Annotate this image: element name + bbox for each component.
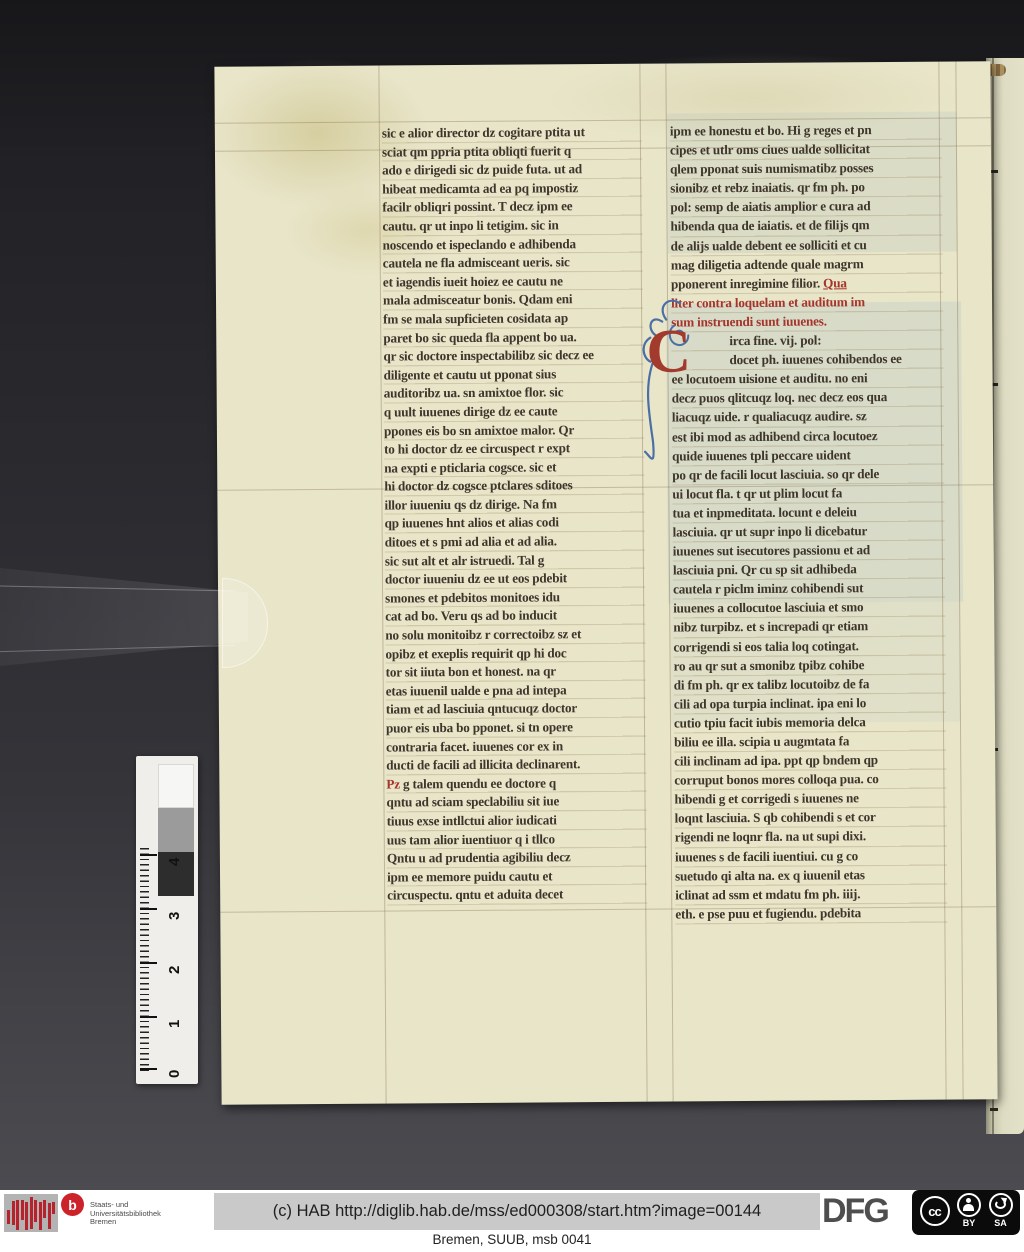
manuscript-text-line: cutio tpiu facit iubis memoria delca [674, 713, 946, 734]
manuscript-text-line: q uult iuuenes dirige dz ee caute [384, 402, 644, 422]
sa-label: SA [994, 1219, 1007, 1228]
cc-by-group: BY [957, 1193, 981, 1228]
manuscript-text-line: ditoes et s pmi ad alia et ad alia. [385, 532, 645, 552]
manuscript-text-line: cipes et utlr oms ciues ualde sollicitat [670, 140, 942, 161]
manuscript-text-line: liter contra loquelam et auditum im [671, 292, 943, 313]
ruler-major-tick [140, 1016, 157, 1018]
manuscript-text-line: docet ph. iuuenes cohibendos ee [671, 350, 943, 371]
ruler-number: 2 [166, 958, 182, 974]
manuscript-page: sic e alior director dz cogitare ptita u… [214, 61, 997, 1104]
manuscript-text-line: pol: semp de aiatis amplior e cura ad [670, 197, 942, 218]
manuscript-text-line: tiuus exse intllctui alior iudicati [387, 811, 647, 831]
manuscript-text-line: hibenda qua de iaiatis. et de filijs qm [670, 216, 942, 237]
ruler-number: 3 [166, 904, 182, 920]
manuscript-text-line: Qntu u ad prudentia agibiliu decz [387, 848, 647, 868]
manuscript-text-line: na expti e pticlaria cogsce. sic et [384, 457, 644, 477]
manuscript-text-line: po qr de facili locut lasciuia. so qr de… [672, 464, 944, 485]
manuscript-text-line: cautela r piclm iminz cohibendi sut [673, 579, 945, 600]
manuscript-text-line: ado e dirigedi sic dz puide futa. ut ad [382, 160, 642, 180]
ruler-minor-ticks [140, 848, 149, 1072]
manuscript-text-line: etas iuuenil ualde e pna ad intepa [386, 681, 646, 701]
digitized-manuscript-viewer: { "colors":{"ink":"#3e352b","rubric_red"… [0, 0, 1024, 1252]
grayscale-ruler: Gray Scale 4 3 2 1 0 [136, 756, 198, 1084]
manuscript-text-line: mag diligetia adtende quale magrm [671, 254, 943, 275]
cc-sa-group: SA [989, 1193, 1013, 1228]
bremen-b-logo-icon: b [61, 1193, 84, 1216]
library-name: Staats- und Universitätsbibliothek Breme… [90, 1201, 161, 1227]
manuscript-text-line: ppones eis bo sn amixtoe malor. Qr [384, 420, 644, 440]
text-column-left: sic e alior director dz cogitare ptita u… [382, 123, 647, 906]
manuscript-text-line: to hi doctor dz ee circuspect r expt [384, 439, 644, 459]
grayscale-patches [158, 764, 194, 896]
manuscript-text-line: noscendo et ispeclando e adhibenda [383, 234, 643, 254]
manuscript-text-line: sic e alior director dz cogitare ptita u… [382, 123, 642, 143]
manuscript-text-line: fm se mala supficieten cosidata ap [383, 309, 643, 329]
manuscript-text-line: uus tam alior iuentiuor q i tllco [387, 829, 647, 849]
library-name-line: Bremen [90, 1218, 161, 1227]
manuscript-text-line: circuspectu. qntu et aduita decet [387, 885, 647, 905]
by-label: BY [963, 1219, 976, 1228]
ruler-major-tick [140, 962, 157, 964]
manuscript-text-line: tiam et ad lasciuia qntucuqz doctor [386, 699, 646, 719]
manuscript-text-line: pponerent inregimine filior. Qua [671, 273, 943, 294]
manuscript-text-line: di fm ph. qr ex talibz locutoibz de fa [674, 674, 946, 695]
cc-icon: cc [920, 1196, 950, 1226]
manuscript-text-line: est ibi mod as adhibend circa locutoez [672, 426, 944, 447]
manuscript-text-line: cili ad opa turpia inclinat. ipa eni lo [674, 693, 946, 714]
sa-arrow-icon [989, 1193, 1013, 1217]
dfg-logo: DFG [822, 1191, 910, 1231]
manuscript-text-line: quide iuuenes tpli peccare uident [672, 445, 944, 466]
manuscript-text-line: contraria facet. iuuenes cor ex in [386, 736, 646, 756]
manuscript-text-line: iuuenes s de facili iuentiui. cu g co [675, 846, 947, 867]
shelfmark-text: Bremen, SUUB, msb 0041 [0, 1232, 1024, 1247]
manuscript-text-line: ipm ee memore puidu cautu et [387, 866, 647, 886]
manuscript-text-line: lasciuia. qr ut supr inpo li dicebatur [673, 522, 945, 543]
manuscript-text-line: suetudo qi alta na. ex q iuuenil etas [675, 865, 947, 886]
photograph-background: sic e alior director dz cogitare ptita u… [0, 0, 1024, 1190]
page-holder-strap [0, 566, 248, 668]
manuscript-text-line: cat ad bo. Veru qs ad bo inducit [385, 606, 645, 626]
ruler-number: 4 [166, 850, 182, 866]
manuscript-text-line: cautela ne fla admisceant ueris. sic [383, 253, 643, 273]
manuscript-text-line: iuuenes a collocutoe lasciuia et smo [673, 598, 945, 619]
manuscript-text-line: doctor iuueniu dz ee ut eos pdebit [385, 569, 645, 589]
manuscript-text-line: ipm ee honestu et bo. Hi g reges et pn [670, 121, 942, 142]
ruler-major-tick [140, 908, 157, 910]
leaf-edge-mark [990, 170, 998, 173]
manuscript-text-line: decz puos qlitcuqz loq. nec decz eos qua [672, 388, 944, 409]
manuscript-text-line: nibz turpibz. et s increpadi qr etiam [673, 617, 945, 638]
manuscript-text-line: tor sit iiuta bon et honest. na qr [386, 662, 646, 682]
manuscript-text-line: mala admisceatur bonis. Qdam eni [383, 290, 643, 310]
manuscript-text-line: corrigendi si eos talia loq cotingat. [673, 636, 945, 657]
manuscript-text-line: lasciuia pni. Qr cu sp sit adhibeda [673, 560, 945, 581]
manuscript-text-line: diligente et cautu ut pponat sius [383, 364, 643, 384]
manuscript-text-line: facilr obliqri possint. T decz ipm ee [382, 197, 642, 217]
manuscript-text-line: auditoribz ua. sn amixtoe flor. sic [384, 383, 644, 403]
manuscript-text-line: iclinat ad ssm et mdatu fm ph. iiij. [675, 884, 947, 905]
manuscript-text-line: ducti de facili ad illicita declinarent. [386, 755, 646, 775]
copyright-url-text: (c) HAB http://diglib.hab.de/mss/ed00030… [273, 1202, 761, 1221]
manuscript-text-line: loqnt lasciuia. S qb cohibendi s et cor [675, 808, 947, 829]
manuscript-text-line: cautu. qr ut inpo li tetigim. sic in [382, 216, 642, 236]
ruler-major-tick [140, 854, 157, 856]
copyright-band: (c) HAB http://diglib.hab.de/mss/ed00030… [214, 1193, 820, 1230]
manuscript-text-line: qlem pponat suis numismatibz posses [670, 159, 942, 180]
manuscript-text-line: smones et pdebitos monitoes idu [385, 588, 645, 608]
manuscript-text-line: opibz et exeplis requirit qp hi doc [385, 643, 645, 663]
manuscript-text-line: et iagendis iueit hoiez ee cautu ne [383, 271, 643, 291]
manuscript-text-line: sic sut alt et alr istruedi. Tal g [385, 550, 645, 570]
manuscript-text-line: ui locut fla. t qr ut plim locut fa [672, 483, 944, 504]
manuscript-text-line: hibeat medicamta ad ea pq impostiz [382, 179, 642, 199]
manuscript-text-line: paret bo sic queda fla appent bo ua. [383, 327, 643, 347]
ruler-major-tick [140, 1068, 157, 1070]
footer-bar: b Staats- und Universitätsbibliothek Bre… [0, 1190, 1024, 1252]
manuscript-text-line: biliu ee illa. scipia u augmtata fa [674, 732, 946, 753]
gray-patch-mid [158, 808, 194, 852]
manuscript-text-line: corruput bonos mores colloqa pua. co [674, 770, 946, 791]
initial-letter-glyph: C [646, 317, 691, 385]
decorated-initial: C [636, 291, 712, 582]
manuscript-text-line: ee locutoem uisione et auditu. no eni [672, 369, 944, 390]
manuscript-text-line: puor eis uba bo pponet. si tn opere [386, 718, 646, 738]
by-person-icon [957, 1193, 981, 1217]
manuscript-text-line: sum instruendi sunt iuuenes. [671, 312, 943, 333]
manuscript-text-line: qntu ad sciam speclabiliu sit iue [386, 792, 646, 812]
manuscript-text-line: Pz g talem quendu ee doctore q [386, 774, 646, 794]
cc-license-badge: cc BY SA [912, 1190, 1020, 1235]
manuscript-text-line: hibendi g et corrigedi s iuuenes ne [674, 789, 946, 810]
ruler-number: 0 [166, 1062, 182, 1078]
manuscript-text-line: liacuqz uide. r qualiacuqz audire. sz [672, 407, 944, 428]
manuscript-text-line: illor iuueniu qs dz dirige. Na fm [384, 495, 644, 515]
manuscript-text-line: hi doctor dz cogsce ptclares sditoes [384, 476, 644, 496]
manuscript-text-line: qr sic doctore inspectabilibz sic decz e… [383, 346, 643, 366]
manuscript-text-line: rigendi ne loqnr fla. na ut supi dixi. [675, 827, 947, 848]
manuscript-text-line: tua et inpmeditata. locunt e deleiu [672, 503, 944, 524]
manuscript-text-line: no solu monitoibz r correctoibz sz et [385, 625, 645, 645]
manuscript-text-line: cili inclinam ad ipa. ppt qp bndem qp [674, 751, 946, 772]
ruling-line-vertical [955, 62, 963, 1100]
gray-patch-white [158, 764, 194, 808]
manuscript-text-line: eth. e pse puu et fugiendu. pdebita [675, 903, 947, 924]
manuscript-text-line: de alijs ualde debent ee solliciti et cu [671, 235, 943, 256]
ruler-number: 1 [166, 1012, 182, 1028]
manuscript-text-line: sciat qm ppria ptita obliqti fuerit q [382, 141, 642, 161]
manuscript-text-line: ro au qr sut a smonibz tpibz cohibe [674, 655, 946, 676]
manuscript-text-line: sionibz et rebz inaiatis. qr fm ph. po [670, 178, 942, 199]
bremen-library-logo-bars-icon [4, 1194, 58, 1232]
leaf-edge-mark [990, 1108, 998, 1111]
manuscript-text-line: irca fine. vij. pol: [671, 331, 943, 352]
manuscript-text-line: qp iuuenes hnt alios et alias codi [385, 513, 645, 533]
manuscript-text-line: iuuenes sut isecutores passionu et ad [673, 541, 945, 562]
